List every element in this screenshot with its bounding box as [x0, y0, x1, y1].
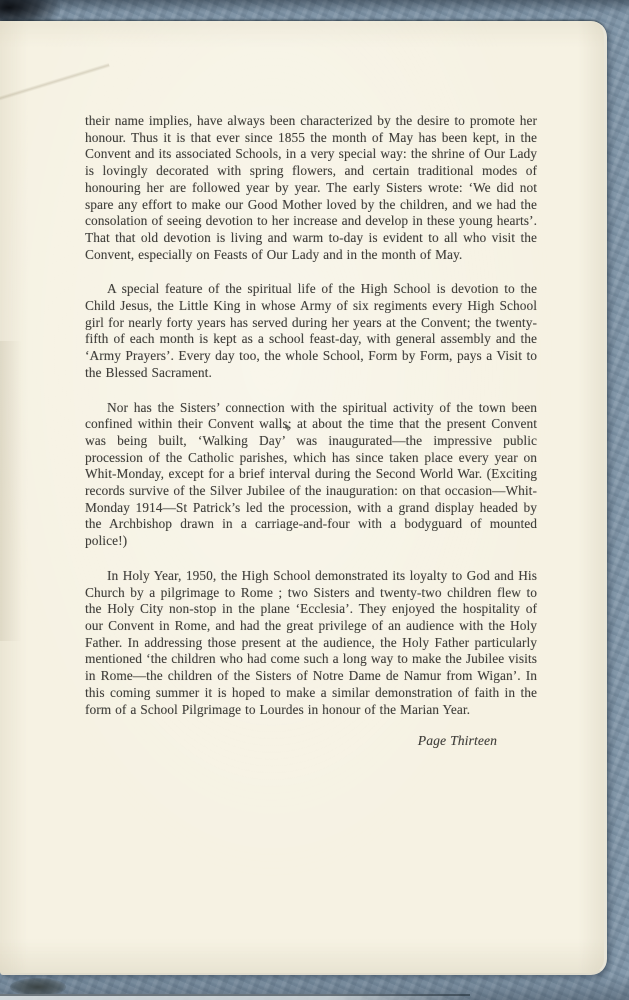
paragraph: Nor has the Sisters’ connection with the… [85, 400, 537, 550]
page-text: their name implies, have always been cha… [85, 113, 537, 750]
ink-speck [285, 425, 289, 429]
page-crease [0, 51, 114, 118]
paragraph: their name implies, have always been cha… [85, 113, 537, 263]
paragraph: In Holy Year, 1950, the High School demo… [85, 568, 537, 718]
scanner-edge [0, 994, 470, 1000]
page-number-label: Page Thirteen [85, 733, 537, 750]
page-crease [0, 341, 34, 641]
book-page: their name implies, have always been cha… [0, 21, 607, 975]
paragraph: A special feature of the spiritual life … [85, 281, 537, 381]
book-cover: their name implies, have always been cha… [0, 0, 629, 1000]
